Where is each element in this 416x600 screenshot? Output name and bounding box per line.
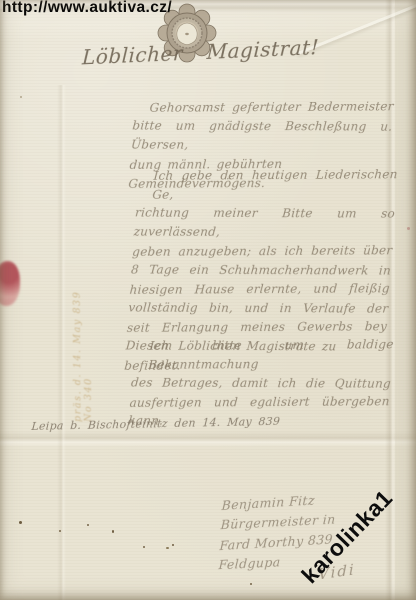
foxing-speck [172, 544, 174, 546]
handwritten-line: Gehorsamst gefertigter Bedermeister [133, 97, 394, 118]
wax-seal-stain [0, 261, 20, 306]
letter-page: Löblicher Magistrat! Gehorsamst gefertig… [0, 0, 416, 600]
handwritten-line: richtung meiner Bitte um so zuverlässend… [133, 203, 396, 242]
foxing-speck [143, 546, 145, 548]
foxing-speck [166, 547, 169, 549]
handwritten-line: geben anzugeben; als ich bereits über [132, 241, 393, 262]
marginal-note-rotated: präs. d. 14. May 839 No 340 [72, 291, 94, 422]
foxing-speck [19, 521, 22, 524]
handwritten-line: des Betrages, damit ich die Quittung [130, 373, 391, 393]
handwritten-line: bitte um gnädigste Beschleßung u. Überse… [130, 116, 393, 155]
foxing-speck [250, 583, 252, 585]
handwritten-line: 8 Tage ein Schuhmacherhandwerk in [130, 260, 391, 280]
foxing-speck [59, 530, 61, 532]
auktiva-url-watermark: http://www.auktiva.cz/ [2, 0, 172, 17]
handwritten-line: Ich bitte um baldige Bekanntmachung [132, 335, 395, 375]
foxing-speck [407, 227, 410, 230]
handwritten-line: ausfertigen und egalisiert übergeben [129, 392, 390, 413]
foxing-speck [87, 524, 89, 526]
foxing-speck [112, 530, 114, 533]
handwritten-line: vollständig bin, und in Verlaufe der [128, 298, 389, 318]
handwritten-line: No 340 [83, 291, 95, 422]
handwritten-line: präs. d. 14. May 839 [72, 291, 84, 422]
handwritten-line: Ich gebe den heutigen Liederischen Ge, [136, 165, 399, 205]
fold-crease-horizontal-bottom [0, 431, 416, 447]
fold-crease-vertical-left [57, 85, 66, 600]
handwritten-line: hiesigen Hause erlernte, und fleißig [129, 279, 390, 300]
foxing-speck [20, 96, 22, 98]
right-fold-panel [395, 0, 416, 600]
